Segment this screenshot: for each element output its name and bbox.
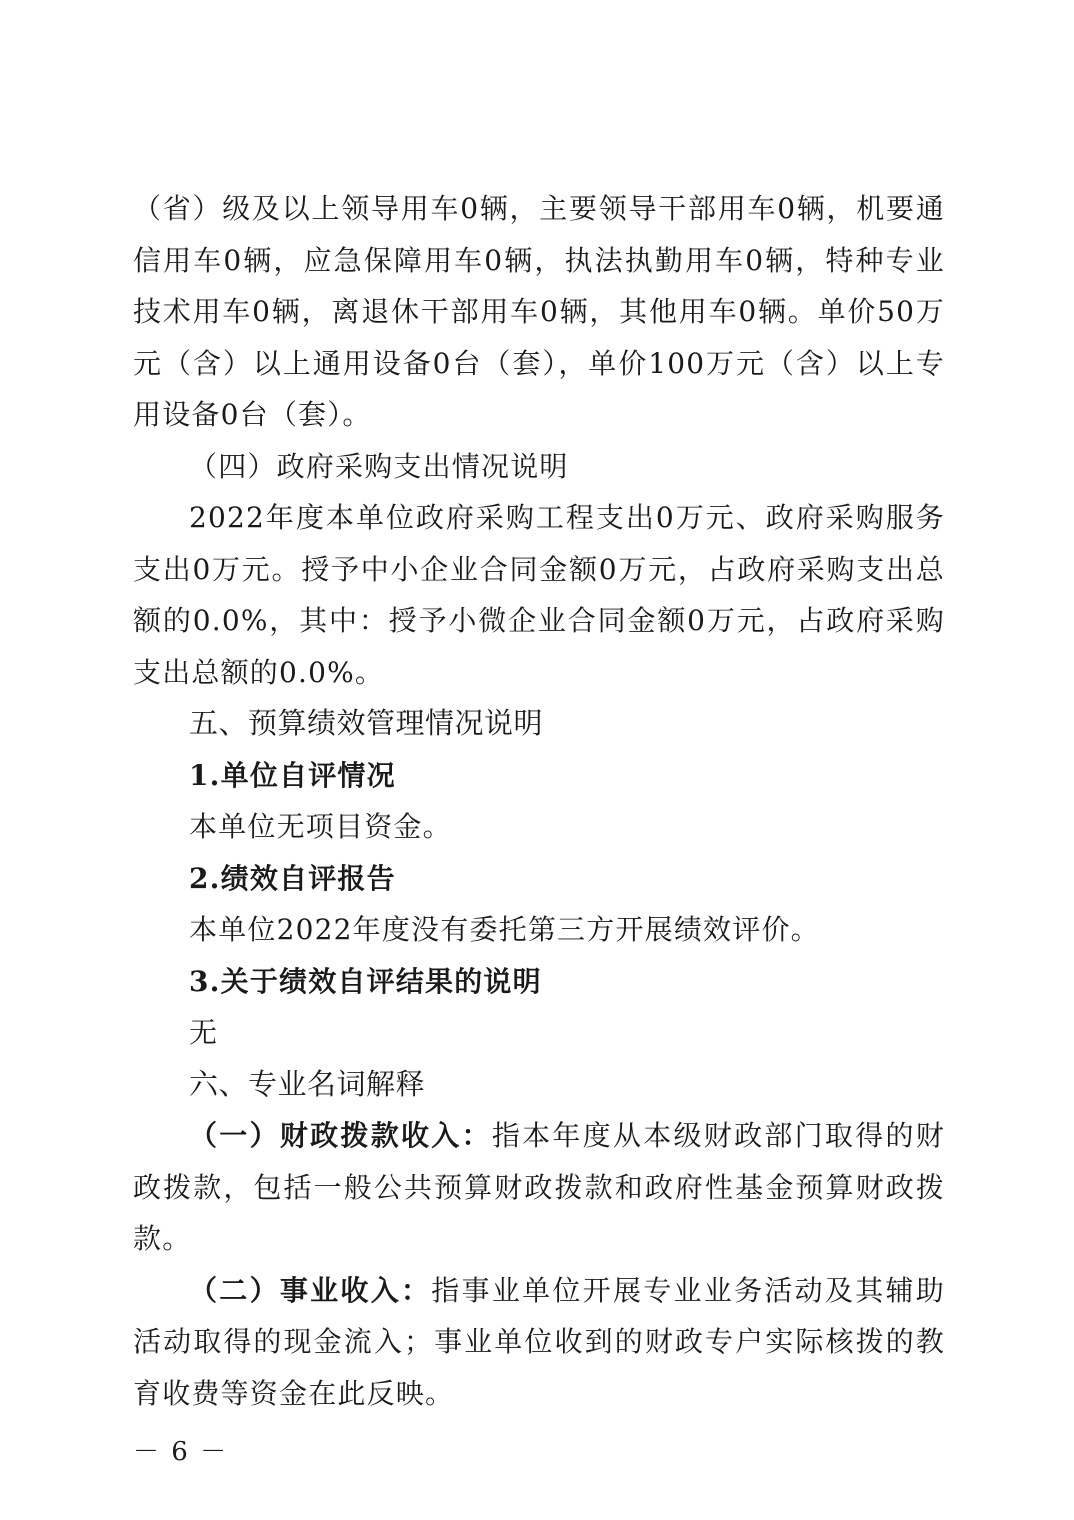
self-evaluation-report-heading: 2.绩效自评报告 <box>133 853 945 905</box>
self-evaluation-report-text: 本单位2022年度没有委托第三方开展绩效评价。 <box>133 904 945 956</box>
term-label: （二）事业收入： <box>189 1274 431 1307</box>
term-label: （一）财政拨款收入： <box>189 1119 492 1152</box>
section-5-heading: 五、预算绩效管理情况说明 <box>133 698 945 750</box>
term-fiscal-appropriation: （一）财政拨款收入：指本年度从本级财政部门取得的财政拨款，包括一般公共预算财政拨… <box>133 1110 945 1265</box>
document-page: （省）级及以上领导用车0辆，主要领导干部用车0辆，机要通信用车0辆，应急保障用车… <box>133 183 945 1419</box>
term-business-income: （二）事业收入：指事业单位开展专业业务活动及其辅助活动取得的现金流入；事业单位收… <box>133 1265 945 1420</box>
vehicle-equipment-paragraph: （省）级及以上领导用车0辆，主要领导干部用车0辆，机要通信用车0辆，应急保障用车… <box>133 183 945 441</box>
evaluation-results-text: 无 <box>133 1007 945 1059</box>
evaluation-results-heading: 3.关于绩效自评结果的说明 <box>133 956 945 1008</box>
self-evaluation-text: 本单位无项目资金。 <box>133 801 945 853</box>
section-6-heading: 六、专业名词解释 <box>133 1059 945 1111</box>
self-evaluation-heading: 1.单位自评情况 <box>133 750 945 802</box>
procurement-subheading: （四）政府采购支出情况说明 <box>133 441 945 493</box>
procurement-paragraph: 2022年度本单位政府采购工程支出0万元、政府采购服务支出0万元。授予中小企业合… <box>133 492 945 698</box>
page-number: － 6 － <box>133 1437 228 1467</box>
